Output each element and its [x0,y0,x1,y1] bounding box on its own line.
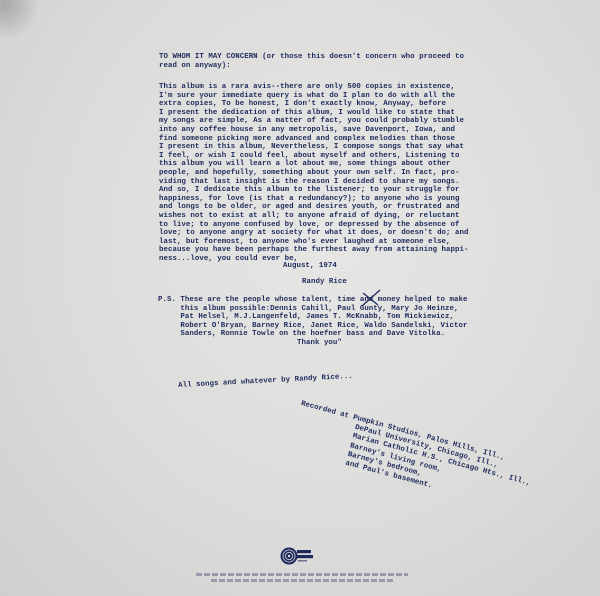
letter-body: This album is a rara avis--there are onl… [159,83,468,263]
corner-shadow [0,0,40,40]
album-back-cover: TO WHOM IT MAY CONCERN (or those this do… [0,0,600,596]
songwriter-credit: All songs and whatever by Randy Rice... [178,373,353,391]
letter-heading: TO WHOM IT MAY CONCERN (or those this do… [159,53,464,70]
postscript: P.S. These are the people whose talent, … [158,296,467,348]
letter-date: August, 1974 [283,262,337,271]
fine-print-line [211,579,393,582]
fine-print-line [196,573,408,576]
recording-locations: Recorded at Pumpkin Studios, Palos Hills… [288,400,536,516]
letter-signature: Randy Rice [302,278,347,287]
record-label-logo-icon [280,546,320,566]
handwritten-x-mark-icon [360,289,382,307]
copyright-fine-print [196,573,408,585]
